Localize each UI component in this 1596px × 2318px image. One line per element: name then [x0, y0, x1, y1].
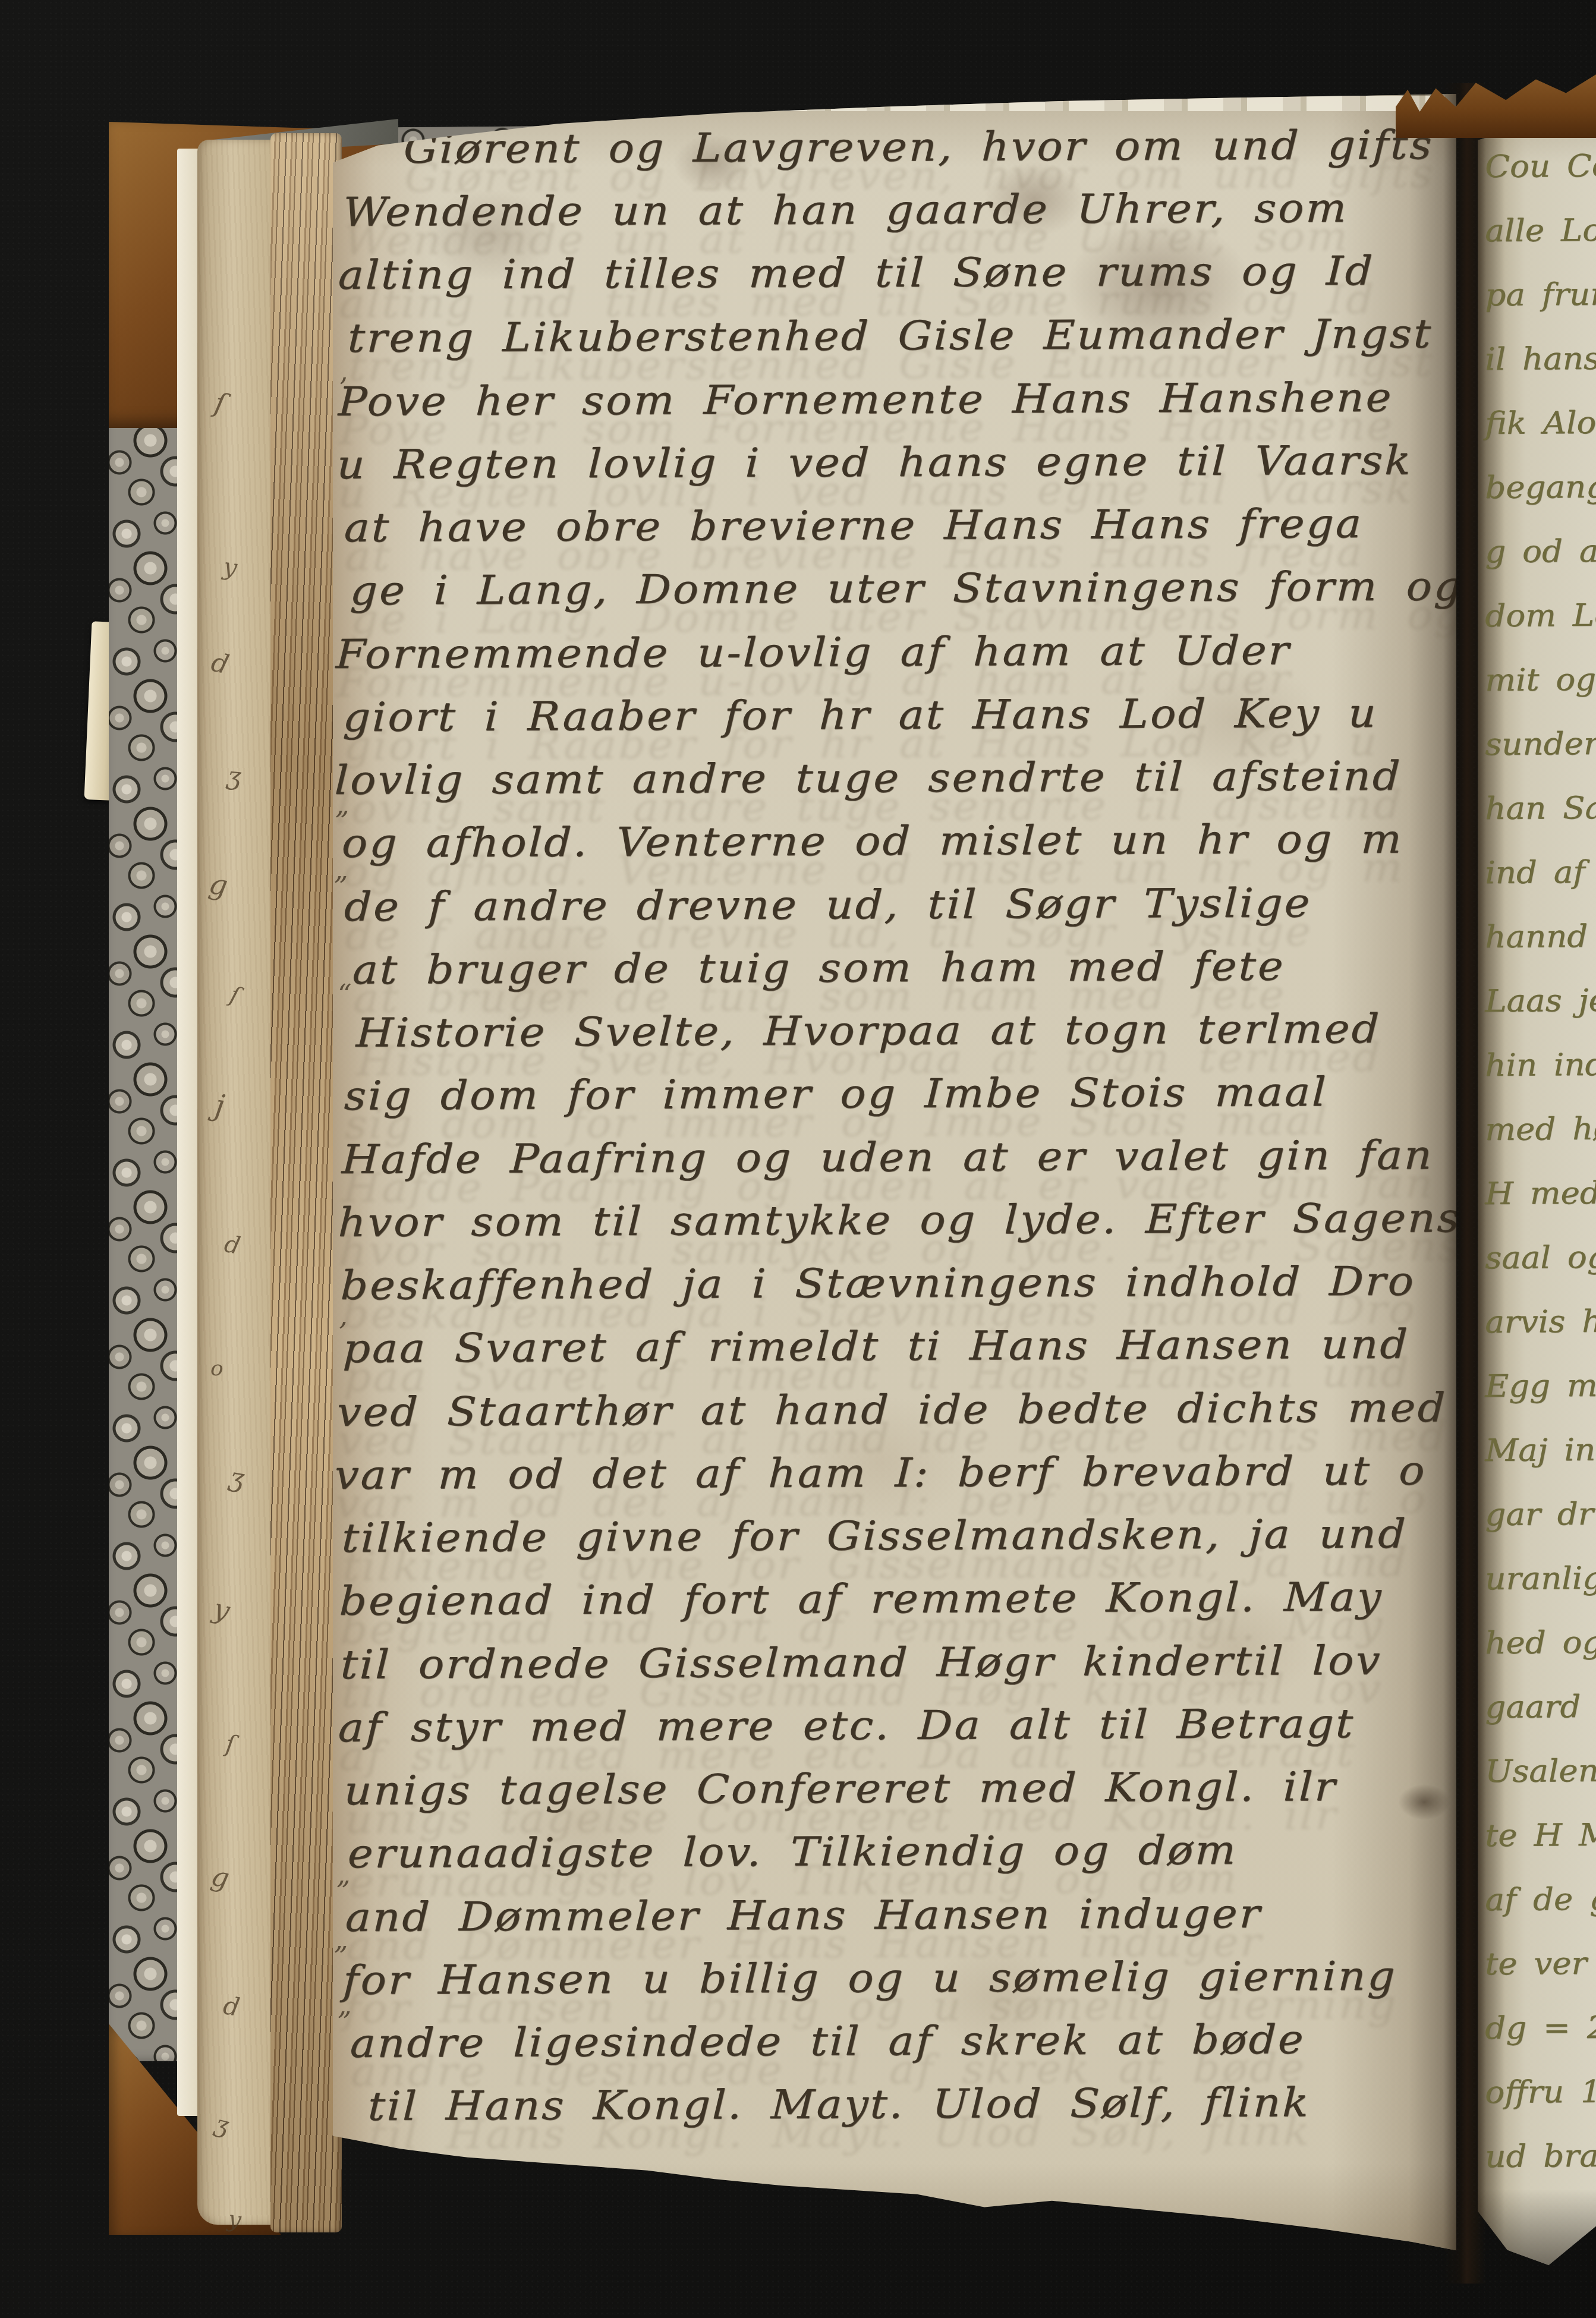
handwriting-fragment: Maj ind: [1485, 1435, 1596, 1466]
handwriting-fragment: uranlig: [1485, 1563, 1596, 1595]
margin-mark: „: [336, 1860, 351, 1888]
handwriting-fragment: pa fruntag: [1485, 279, 1596, 311]
handwriting-line: beskaffenhed ja i Stævningens indhold Dr…: [340, 1262, 1416, 1306]
handwriting-line: ge i Lang, Domne uter Stavningens form o…: [350, 566, 1464, 611]
bleed-through-squiggle: d: [209, 649, 231, 679]
handwriting-line: tilkiende givne for Gisselmandsken, ja u…: [341, 1514, 1408, 1559]
handwriting-line: at bruger de tuig som ham med fete: [352, 947, 1286, 991]
handwriting-fragment: H med g: [1485, 1177, 1596, 1210]
handwriting-line: Hafde Paafring og uden at er valet gin f…: [341, 1135, 1434, 1180]
handwriting-line: u Regten lovlig i ved hans egne til Vaar…: [336, 441, 1414, 486]
bleed-through-squiggle: j: [213, 1090, 226, 1121]
bleed-through-squiggle: y: [211, 1595, 232, 1625]
handwriting-line: hvor som til samtykke og lyde. Efter Sag…: [338, 1198, 1462, 1243]
handwriting-line: af styr med mere etc. Da alt til Betragt: [338, 1704, 1355, 1748]
handwriting-fragment: saal og: [1485, 1242, 1596, 1274]
handwriting-fragment: gar dru: [1485, 1499, 1596, 1530]
margin-mark: “: [338, 981, 352, 1008]
handwriting-fragment: begang m: [1485, 471, 1596, 503]
gutter-shadow: [1443, 83, 1486, 2284]
handwriting-fragment: Laas jeg: [1485, 985, 1596, 1017]
bleed-through-squiggle: y: [222, 555, 238, 581]
bleed-through-squiggle: ʒ: [227, 1464, 246, 1492]
handwriting-line: giort i Raaber for hr at Hans Lod Key u: [342, 694, 1378, 738]
handwriting-fragment: dom Lone: [1485, 600, 1596, 632]
soiled-fold-band: [270, 133, 342, 2232]
handwriting-line: and Dømmeler Hans Hansen induger: [345, 1894, 1263, 1938]
page-edge-strip: ſydʒgſjdoʒyſgdʒy: [197, 140, 275, 2225]
handwriting-fragment: gaard og: [1485, 1691, 1596, 1723]
handwriting-line: lovlig samt andre tuge sendrte til afste…: [334, 757, 1403, 801]
handwriting-line: var m od det af ham I: berf brevabrd ut …: [334, 1451, 1427, 1495]
bleed-through-squiggle: ʒ: [212, 2112, 231, 2138]
handwriting-fragment: offru 170: [1485, 2076, 1596, 2108]
handwriting-fragment: ud bra: [1485, 2141, 1596, 2172]
manuscript-right-page-sliver: Cou Cod Balle Lonepa fruntagil hans hfik…: [1478, 110, 1596, 2278]
handwriting-fragment: te ver il: [1485, 1948, 1596, 1980]
handwriting-fragment: mit og g: [1485, 664, 1596, 696]
bleed-through-squiggle: ʒ: [226, 763, 243, 789]
bleed-through-squiggle: o: [210, 1358, 223, 1380]
handwriting-fragment: arvis h: [1485, 1306, 1596, 1338]
handwriting-fragment: alle Lone: [1485, 215, 1596, 247]
handwriting-line: alting ind tilles med til Søne rums og I…: [338, 251, 1375, 295]
bleed-through-squiggle: ſ: [224, 1732, 236, 1757]
handwriting-line: og afhold. Venterne od mislet un hr og m: [341, 820, 1404, 864]
handwriting-line: Pove her som Fornemente Hans Hanshene: [338, 378, 1394, 422]
margin-mark: „: [334, 856, 348, 883]
handwriting-fragment: af de ga: [1485, 1884, 1596, 1916]
handwriting-fragment: hed og h: [1485, 1627, 1596, 1659]
leather-strip-top-right: [1396, 69, 1596, 138]
handwriting-line: Giørent og Lavgreven, hvor om und gifts: [403, 125, 1434, 169]
bleed-through-squiggle: g: [209, 1862, 232, 1892]
handwriting-line: Fornemmende u-lovlig af ham at Uder: [335, 631, 1292, 675]
handwriting-fragment: g od al: [1485, 536, 1596, 568]
bleed-through-squiggle: d: [222, 1232, 242, 1258]
handwriting-line: sig dom for immer og Imbe Stois maal: [344, 1072, 1329, 1116]
handwriting-fragment: fik Alons: [1485, 407, 1596, 439]
margin-mark: „: [335, 790, 350, 818]
margin-mark: „: [338, 1991, 352, 2018]
handwriting-line: begienad ind fort af remmete Kongl. May: [339, 1577, 1384, 1621]
handwriting-fragment: Usalen u: [1485, 1755, 1596, 1787]
margin-mark: „: [334, 1926, 348, 1953]
bleed-through-squiggle: ſ: [212, 389, 228, 418]
bleed-through-squiggle: g: [207, 870, 230, 901]
handwriting-line: Historie Svelte, Hvorpaa at togn terlmed: [355, 1009, 1381, 1053]
margin-mark: ’: [339, 374, 348, 402]
margin-mark: ‚: [339, 1302, 348, 1329]
handwriting-line: unigs tagelse Confereret med Kongl. ilr: [344, 1767, 1337, 1811]
handwriting-line: for Hansen u billig og u sømelig giernin…: [342, 1957, 1397, 2001]
handwriting-fragment: il hans h: [1485, 343, 1596, 375]
handwriting-line: at have obre brevierne Hans Hans frega: [344, 504, 1364, 548]
handwriting-fragment: dg = 26 m: [1485, 2012, 1596, 2044]
handwriting-line: til Hans Kongl. Mayt. Ulod Sølf, flink: [367, 2083, 1311, 2127]
handwriting-fragment: Cou Cod B: [1485, 150, 1596, 182]
handwriting-line: de f andre drevne ud, til Søgr Tyslige: [344, 883, 1312, 927]
handwriting-line: andre ligesindede til af skrek at bøde: [350, 2020, 1306, 2064]
handwriting-fragment: sunder og: [1485, 728, 1596, 760]
handwriting-line: paa Svaret af rimeldt ti Hans Hansen und: [342, 1325, 1410, 1369]
handwriting-line: Wendende un at han gaarde Uhrer, som: [342, 188, 1349, 232]
handwriting-line: til ordnede Gisselmand Høgr kindertil lo…: [340, 1641, 1383, 1685]
handwriting-line: erunaadigste lov. Tilkiendig og døm: [347, 1831, 1238, 1874]
handwriting-fragment: hin ind: [1485, 1050, 1596, 1081]
handwriting-fragment: te H Mo: [1485, 1819, 1596, 1851]
bleed-through-squiggle: ſ: [228, 983, 242, 1007]
deckle-top-edge: [355, 94, 1445, 111]
handwriting-fragment: han Samt: [1485, 792, 1596, 824]
bleed-through-squiggle: d: [222, 1993, 242, 2020]
handwriting-fragment: Egg m: [1485, 1371, 1596, 1402]
handwriting-fragment: med høl: [1485, 1113, 1596, 1145]
manuscript-left-page: Giørent og Lavgreven, hvor om und giftsW…: [333, 89, 1456, 2253]
handwriting-fragment: ind af o: [1485, 856, 1596, 889]
handwriting-fragment: hannd ko: [1485, 921, 1596, 953]
handwriting-line: ved Staarthør at hand ide bedte dichts m…: [336, 1387, 1596, 1432]
handwriting-line: treng Likuberstenhed Gisle Eumander Jngs…: [347, 314, 1433, 359]
photo-backdrop: { "meta": { "description": "Photograph o…: [0, 0, 1596, 2318]
